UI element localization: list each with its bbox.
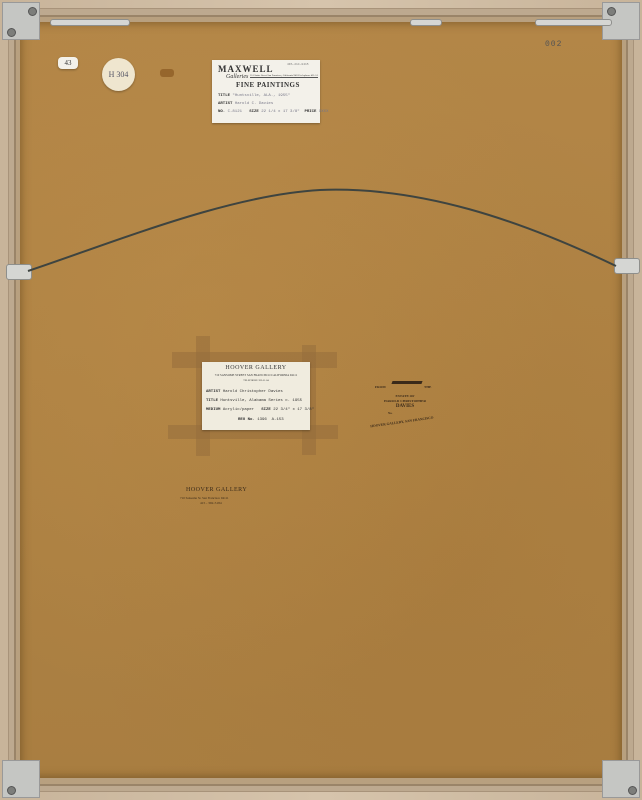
adhesive-residue <box>160 69 174 77</box>
maxwell-address: 551 Sutter Street San Francisco, Califor… <box>250 74 318 78</box>
hanging-wire <box>0 0 642 800</box>
hoover-telephone: TELEPHONE 392-51-84 <box>202 379 310 382</box>
hoover-reg-row: REG No. 1396 A-153 <box>238 418 284 422</box>
stamp-mark <box>391 381 422 384</box>
maxwell-gallery-label: MAXWELL 4PA-214-0415 Galleries 551 Sutte… <box>212 60 320 123</box>
maxwell-script: Galleries <box>226 74 248 80</box>
hoover-artist-row: ARTIST Harold Christopher Davies <box>206 390 283 394</box>
torn-sticker: 43 <box>58 57 78 69</box>
maxwell-name: MAXWELL <box>218 64 274 74</box>
hoover-name: HOOVER GALLERY <box>202 365 310 371</box>
estate-stamp: FROM THE ESTATE OF HAROLD CHRISTOPHER DA… <box>370 378 440 433</box>
hoover-medium-size-row: MEDIUM Acrylic/paper SIZE 22 3/4" x 17 3… <box>206 408 314 412</box>
maxwell-subtitle: FINE PAINTINGS <box>236 81 300 89</box>
maxwell-no-size-price-row: NO. C-8121 SIZE 22 1/4 x 17 3/8" PRICE X… <box>218 110 328 114</box>
hoover-gallery-label: HOOVER GALLERY 710 SANSOME STREET SAN FR… <box>202 362 310 430</box>
picture-frame: 43 H 304 002 MAXWELL 4PA-214-0415 Galler… <box>0 0 642 800</box>
maxwell-corner-code: 4PA-214-0415 <box>287 63 309 66</box>
maxwell-title-row: TITLE "Huntsville, ALA., 1955" <box>218 94 290 98</box>
hoover-rubber-stamp: HOOVER GALLERY 710 Sansome St. San Franc… <box>178 487 268 512</box>
inventory-number: 002 <box>545 40 562 49</box>
round-sticker: H 304 <box>102 58 135 91</box>
hoover-title-row: TITLE Huntsville, Alabama Series c. 1955 <box>206 399 302 403</box>
maxwell-artist-row: ARTIST Harold C. Davies <box>218 102 273 106</box>
hoover-address: 710 SANSOME STREET SAN FRANCISCO CALIFOR… <box>204 373 308 377</box>
